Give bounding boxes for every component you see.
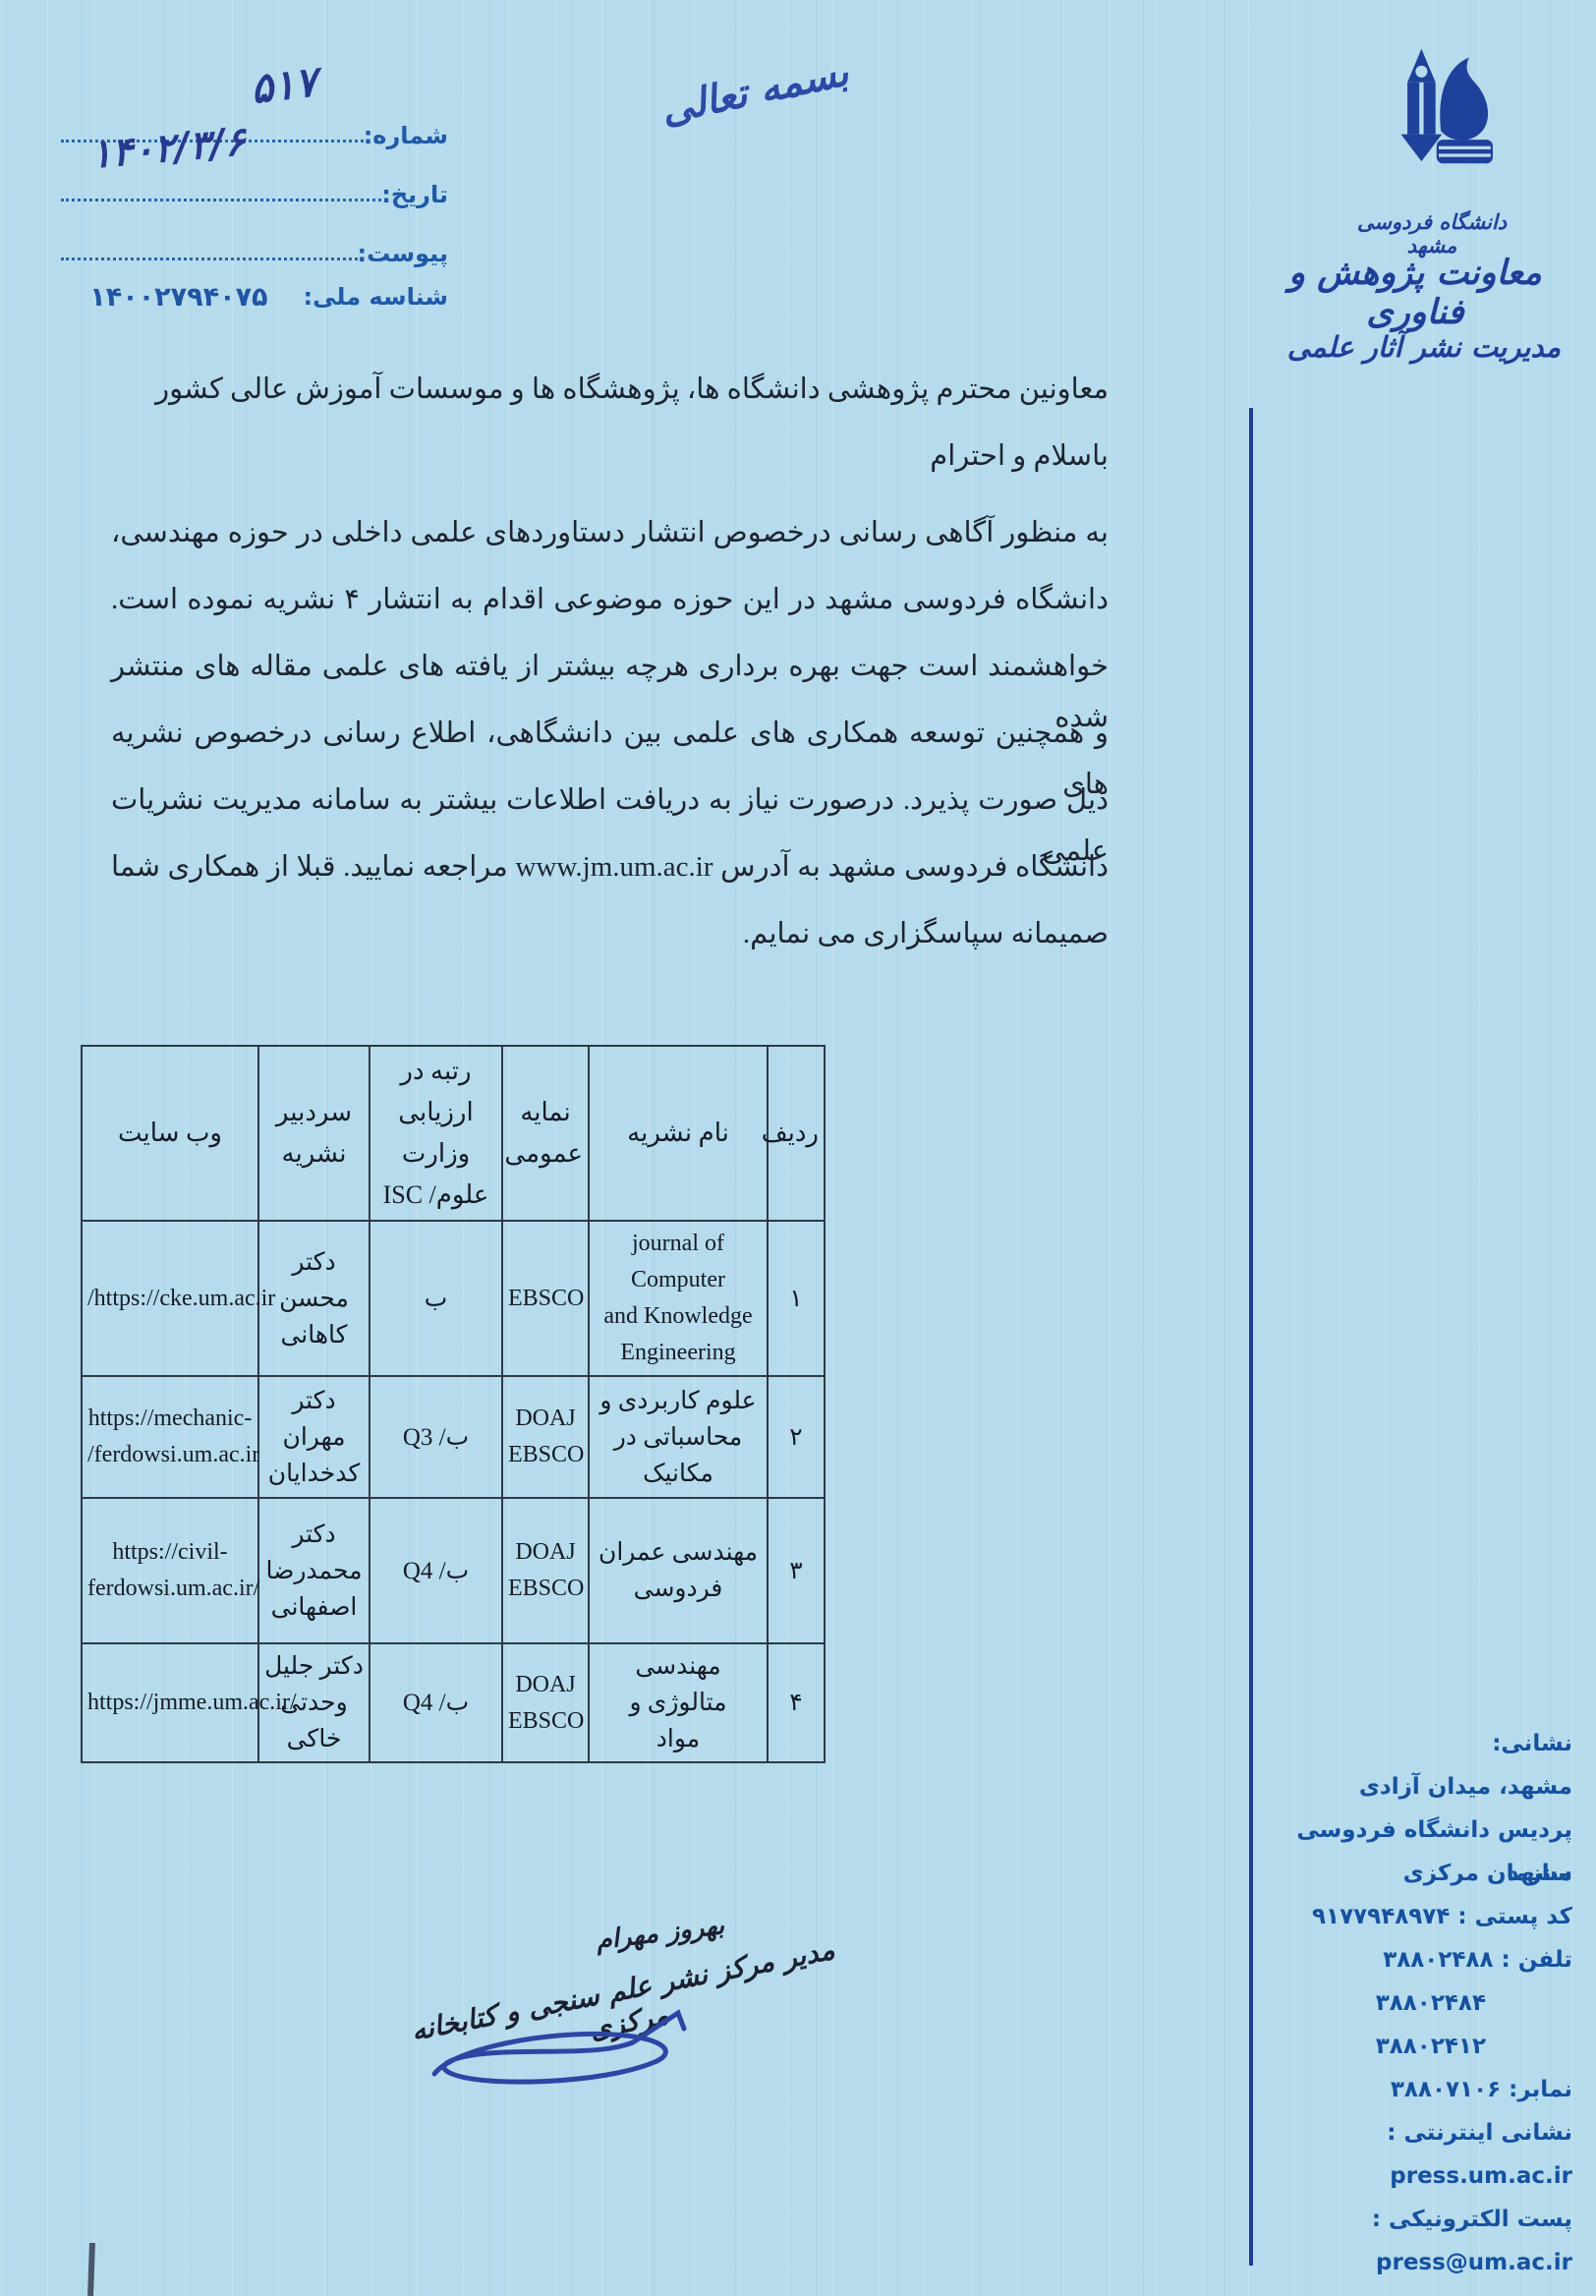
phone-line: ۳۸۸۰۲۴۸۴: [1268, 1981, 1572, 2025]
web-label: نشانی اینترنتی :: [1268, 2111, 1572, 2154]
contact-block: نشانی: مشهد، میدان آزادی پردیس دانشگاه ف…: [1268, 1722, 1572, 2284]
handwritten-letter-number: ۵۱۷: [248, 57, 319, 113]
header-rank: رتبه در ارزیابی وزارت علوم/ ISC: [370, 1046, 502, 1221]
header-row-number: ردیف: [768, 1046, 825, 1221]
table-row: ۳ مهندسی عمران فردوسی DOAJ EBSCO ب/ Q4 د…: [82, 1498, 825, 1643]
scanned-letter-page: شماره: تاریخ: پیوست: شناسه ملی: ۱۴۰۰۲۷۹۴…: [0, 0, 1596, 2296]
cell-journal-name: journal of Computer and Knowledge Engine…: [589, 1221, 768, 1376]
publishing-office-title: مدیریت نشر آثار علمی: [1282, 330, 1567, 364]
table-row: ۱ journal of Computer and Knowledge Engi…: [82, 1221, 825, 1376]
greeting-line: باسلام و احترام: [930, 438, 1109, 473]
vertical-divider-line: [1249, 408, 1253, 2266]
date-dotted-line: [61, 199, 381, 201]
cell-rank: ب: [370, 1221, 502, 1376]
national-id-value: ۱۴۰۰۲۷۹۴۰۷۵: [89, 282, 267, 313]
table-row: ۲ علوم کاربردی و محاسباتی در مکانیک DOAJ…: [82, 1376, 825, 1498]
meta-row-attachment: پیوست:: [57, 208, 452, 267]
cell-editor: دکتر محمدرضا اصفهانی: [258, 1498, 370, 1643]
date-label: تاریخ:: [381, 181, 452, 208]
cell-row-number: ۱: [768, 1221, 825, 1376]
attachment-label: پیوست:: [358, 240, 452, 267]
cell-website: /https://cke.um.ac.ir: [82, 1221, 258, 1376]
address-line: سازمان مرکزی: [1268, 1852, 1572, 1895]
paragraph-line: دانشگاه فردوسی مشهد در این حوزه موضوعی ا…: [111, 574, 1109, 641]
cell-website: https://mechanic- /ferdowsi.um.ac.ir: [82, 1376, 258, 1498]
cell-rank: ب/ Q4: [370, 1498, 502, 1643]
cell-row-number: ۳: [768, 1498, 825, 1643]
table-row: ۴ مهندسی متالوژی و مواد DOAJ EBSCO ب/ Q4…: [82, 1643, 825, 1762]
cell-rank: ب/ Q3: [370, 1376, 502, 1498]
fax-line: نمابر: ۳۸۸۰۷۱۰۶: [1268, 2068, 1572, 2111]
paragraph-line: و همچنین توسعه همکاری های علمی بین دانشگ…: [111, 708, 1109, 775]
cell-row-number: ۲: [768, 1376, 825, 1498]
meta-row-national-id: شناسه ملی: ۱۴۰۰۲۷۹۴۰۷۵: [57, 267, 452, 326]
cell-general-index: EBSCO: [502, 1221, 589, 1376]
postal-code-line: کد پستی : ۹۱۷۷۹۴۸۹۷۴: [1268, 1895, 1572, 1938]
university-name-calligraphy: دانشگاه فردوسی مشهد: [1329, 210, 1535, 258]
phone-line: تلفن : ۳۸۸۰۲۴۸۸: [1268, 1938, 1572, 1981]
cell-journal-name: مهندسی عمران فردوسی: [589, 1498, 768, 1643]
cell-general-index: DOAJ EBSCO: [502, 1498, 589, 1643]
journals-table: ردیف نام نشریه نمایه عمومی رتبه در ارزیا…: [81, 1045, 826, 1763]
address-line: پردیس دانشگاه فردوسی مشهد: [1268, 1808, 1572, 1852]
scan-edge-mark: [87, 2243, 95, 2296]
letter-meta-block: شماره: تاریخ: پیوست: شناسه ملی: ۱۴۰۰۲۷۹۴…: [57, 90, 452, 326]
header-general-index: نمایه عمومی: [502, 1046, 589, 1221]
cell-journal-name: علوم کاربردی و محاسباتی در مکانیک: [589, 1376, 768, 1498]
bismillah-calligraphy: بسمه تعالی: [635, 45, 875, 139]
email-address: press@um.ac.ir: [1268, 2241, 1572, 2284]
salutation-line: معاونین محترم پژوهشی دانشگاه ها، پژوهشگا…: [111, 372, 1109, 406]
table-header-row: ردیف نام نشریه نمایه عمومی رتبه در ارزیا…: [82, 1046, 825, 1221]
web-address: press.um.ac.ir: [1268, 2154, 1572, 2198]
vice-presidency-title: معاونت پژوهش و فناوری: [1248, 254, 1582, 332]
cell-editor: دکتر مهران کدخدایان: [258, 1376, 370, 1498]
cell-rank: ب/ Q4: [370, 1643, 502, 1762]
address-label: نشانی:: [1268, 1722, 1572, 1765]
cell-website: https://jmme.um.ac.ir/: [82, 1643, 258, 1762]
national-id-label: شناسه ملی:: [304, 283, 452, 311]
cell-general-index: DOAJ EBSCO: [502, 1643, 589, 1762]
header-editor: سردبیر نشریه: [258, 1046, 370, 1221]
university-logo-icon: [1374, 45, 1504, 210]
signer-name: بهروز مهرام: [595, 1911, 726, 1956]
cell-journal-name: مهندسی متالوژی و مواد: [589, 1643, 768, 1762]
attachment-dotted-line: [61, 258, 358, 260]
phone-line: ۳۸۸۰۲۴۱۲: [1268, 2025, 1572, 2068]
cell-general-index: DOAJ EBSCO: [502, 1376, 589, 1498]
paragraph-line: صمیمانه سپاسگزاری می نمایم.: [111, 908, 1109, 975]
paragraph-line: دانشگاه فردوسی مشهد به آدرس www.jm.um.ac…: [111, 841, 1109, 908]
paragraph-line: ذیل صورت پذیرد. درصورت نیاز به دریافت اط…: [111, 775, 1109, 841]
header-website: وب سایت: [82, 1046, 258, 1221]
number-label: شماره:: [364, 122, 452, 149]
address-line: مشهد، میدان آزادی: [1268, 1765, 1572, 1808]
email-label: پست الکترونیکی :: [1268, 2198, 1572, 2241]
paragraph-line: به منظور آگاهی رسانی درخصوص انتشار دستاو…: [111, 507, 1109, 574]
letter-paragraph: به منظور آگاهی رسانی درخصوص انتشار دستاو…: [111, 507, 1109, 975]
signature-scribble-icon: [421, 2003, 715, 2115]
header-journal-name: نام نشریه: [589, 1046, 768, 1221]
paragraph-line: خواهشمند است جهت بهره برداری هرچه بیشتر …: [111, 641, 1109, 708]
cell-row-number: ۴: [768, 1643, 825, 1762]
cell-website: https://civil- ferdowsi.um.ac.ir/: [82, 1498, 258, 1643]
